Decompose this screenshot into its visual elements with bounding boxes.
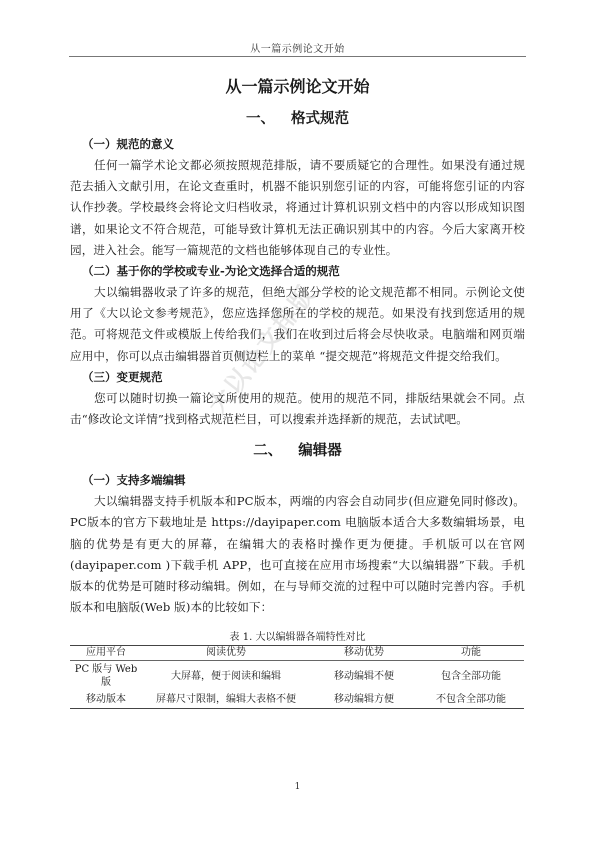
table-cell: 移动编辑不便 — [310, 661, 418, 692]
section-heading: （三）变更规范 — [70, 367, 525, 388]
section-heading: （一）支持多端编辑 — [70, 470, 525, 491]
section-heading: （一）规范的意义 — [70, 134, 525, 155]
table-cell: 屏幕尺寸限制，编辑大表格不便 — [142, 691, 310, 709]
page-number: 1 — [0, 782, 595, 792]
table-row: 移动版本 屏幕尺寸限制，编辑大表格不便 移动编辑方便 不包含全部功能 — [70, 691, 524, 709]
paragraph: 大以编辑器收录了许多的规范，但绝大部分学校的论文规范都不相同。示例论文使用了《大… — [70, 282, 525, 367]
chapter-number: 一、 — [246, 110, 275, 127]
table-header-row: 应用平台 阅读优势 移动优势 功能 — [70, 646, 524, 661]
chapter-heading: 一、格式规范 — [70, 104, 525, 134]
table-cell: 包含全部功能 — [418, 661, 524, 692]
chapter-title: 格式规范 — [291, 110, 349, 127]
table-cell: PC 版与 Web 版 — [70, 661, 142, 692]
paragraph: 您可以随时切换一篇论文所使用的规范。使用的规范不同，排版结果就会不同。点击“修改… — [70, 388, 525, 430]
column-header: 功能 — [418, 646, 524, 661]
table-cell: 移动编辑方便 — [310, 691, 418, 709]
comparison-table: 应用平台 阅读优势 移动优势 功能 PC 版与 Web 版 大屏幕，便于阅读和编… — [70, 645, 524, 709]
column-header: 移动优势 — [310, 646, 418, 661]
document-title: 从一篇示例论文开始 — [70, 72, 525, 102]
paragraph: 大以编辑器支持手机版本和PC版本，两端的内容会自动同步(但应避免同时修改)。PC… — [70, 491, 525, 618]
running-header: 从一篇示例论文开始 — [69, 40, 526, 57]
table-cell: 移动版本 — [70, 691, 142, 709]
section-heading: （二）基于你的学校或专业-为论文选择合适的规范 — [70, 261, 525, 282]
chapter-number: 二、 — [253, 442, 282, 459]
column-header: 应用平台 — [70, 646, 142, 661]
chapter-heading: 二、编辑器 — [70, 436, 525, 466]
paragraph: 任何一篇学术论文都必须按照规范排版，请不要质疑它的合理性。如果没有通过规范去插入… — [70, 155, 525, 261]
chapter-title: 编辑器 — [298, 442, 342, 459]
table-cell: 不包含全部功能 — [418, 691, 524, 709]
table-row: PC 版与 Web 版 大屏幕，便于阅读和编辑 移动编辑不便 包含全部功能 — [70, 661, 524, 692]
table-caption: 表 1. 大以编辑器各端特性对比 — [70, 630, 525, 645]
column-header: 阅读优势 — [142, 646, 310, 661]
page-content: 从一篇示例论文开始 一、格式规范 （一）规范的意义 任何一篇学术论文都必须按照规… — [70, 72, 525, 709]
table-cell: 大屏幕，便于阅读和编辑 — [142, 661, 310, 692]
